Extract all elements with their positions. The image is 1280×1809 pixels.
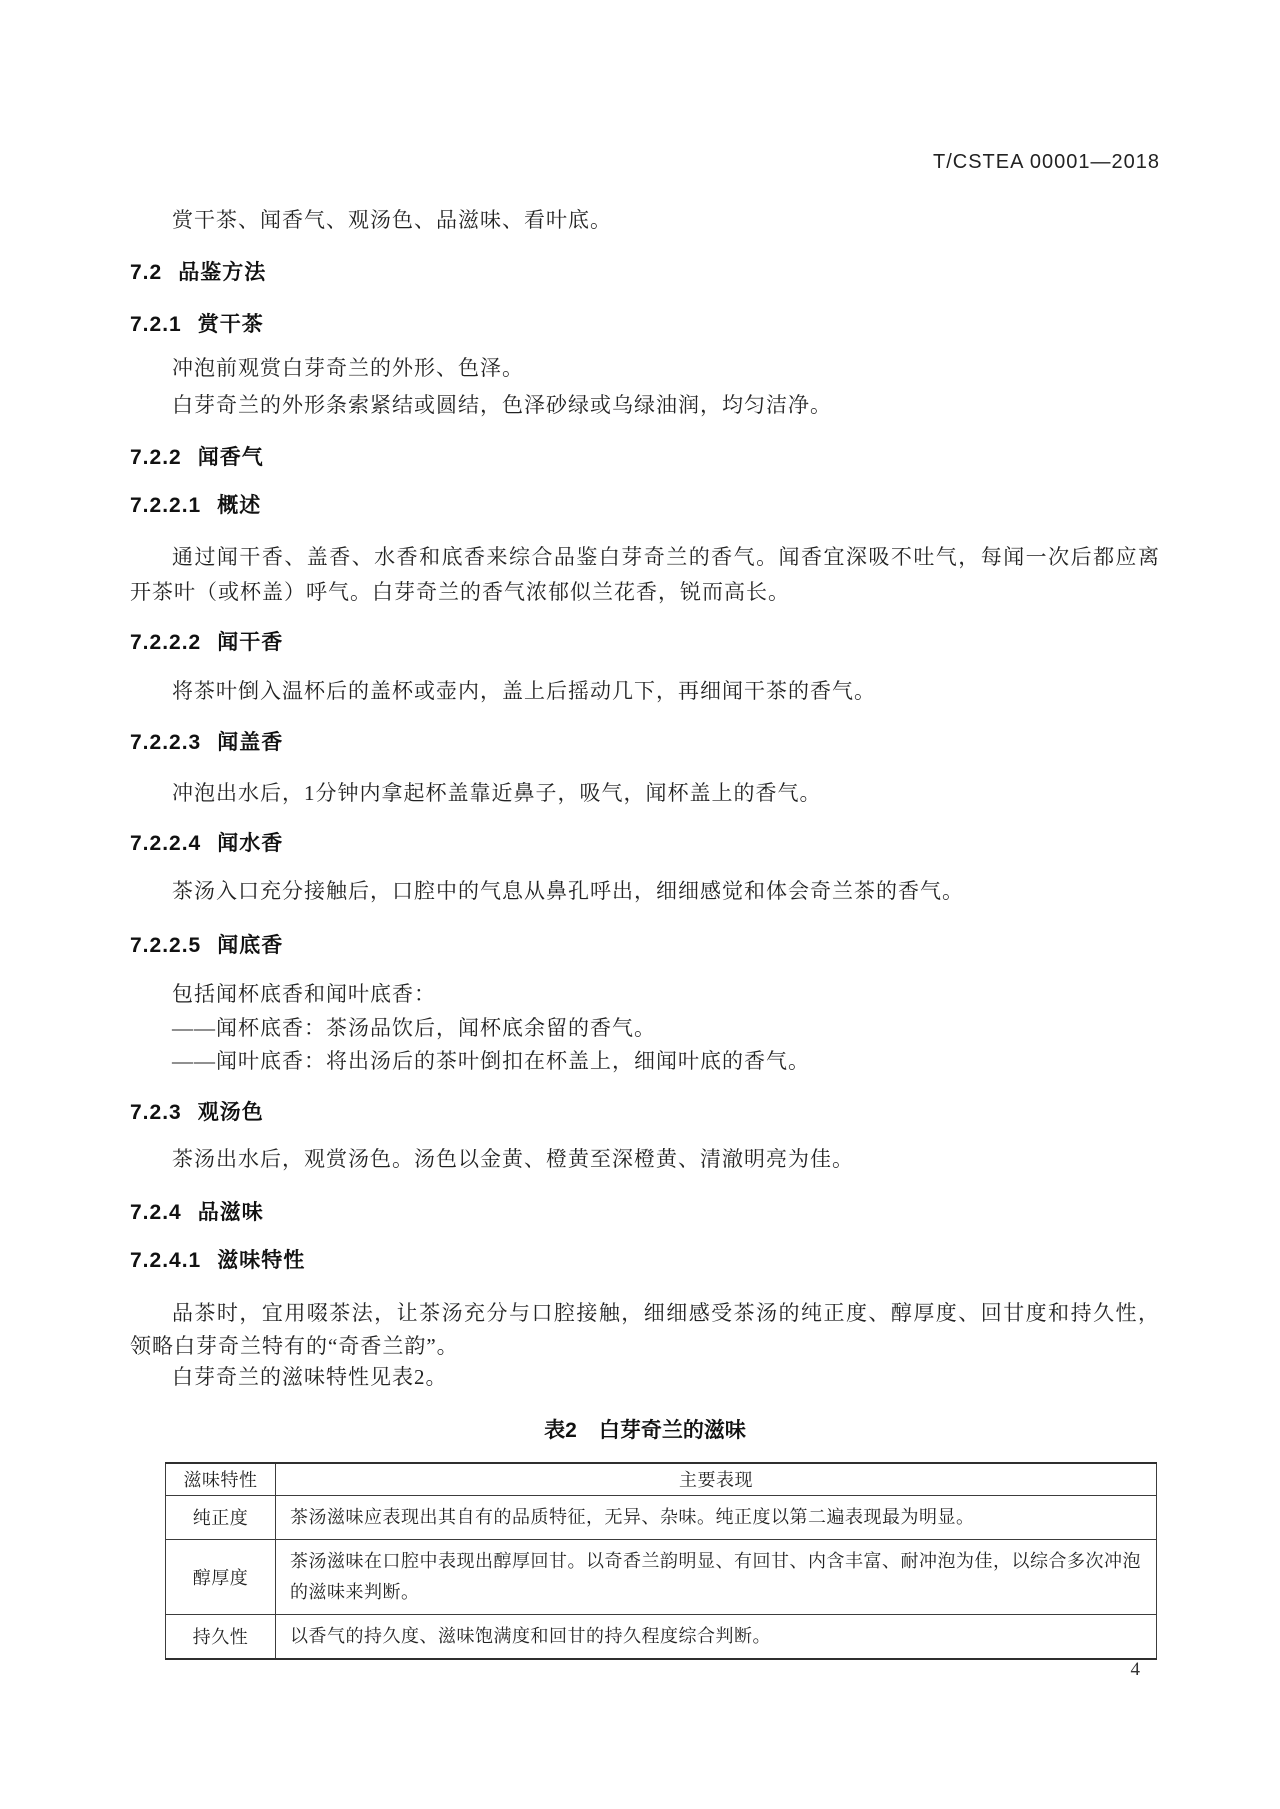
heading-title: 闻香气 — [198, 441, 264, 471]
section-heading-7-2-4: 7.2.4品滋味 — [130, 1196, 1160, 1226]
table-row: 纯正度 茶汤滋味应表现出其自有的品质特征，无异、杂味。纯正度以第二遍表现最为明显… — [166, 1495, 1157, 1539]
table-row: 醇厚度 茶汤滋味在口腔中表现出醇厚回甘。以奇香兰韵明显、有回甘、内含丰富、耐冲泡… — [166, 1539, 1157, 1614]
section-heading-7-2-2-1: 7.2.2.1概述 — [130, 489, 1160, 519]
heading-title: 闻底香 — [217, 929, 283, 959]
heading-title: 概述 — [217, 489, 261, 519]
taste-table: 滋味特性 主要表现 纯正度 茶汤滋味应表现出其自有的品质特征，无异、杂味。纯正度… — [165, 1462, 1157, 1660]
document-page: T/CSTEA 00001—2018 赏干茶、闻香气、观汤色、品滋味、看叶底。 … — [0, 0, 1280, 1809]
heading-title: 品鉴方法 — [178, 256, 266, 286]
paragraph-7-2-2-3: 冲泡出水后，1分钟内拿起杯盖靠近鼻子，吸气，闻杯盖上的香气。 — [130, 778, 1160, 808]
section-heading-7-2-4-1: 7.2.4.1滋味特性 — [130, 1244, 1160, 1274]
section-heading-7-2-2-4: 7.2.2.4闻水香 — [130, 827, 1160, 857]
dash-item-cup-bottom: ——闻杯底香：茶汤品饮后，闻杯底余留的香气。 — [130, 1013, 1160, 1043]
heading-number: 7.2.2 — [130, 446, 182, 470]
feature-cell: 持久性 — [166, 1614, 276, 1659]
heading-number: 7.2.1 — [130, 313, 182, 337]
heading-title: 品滋味 — [198, 1196, 264, 1226]
heading-number: 7.2.4.1 — [130, 1249, 201, 1273]
paragraph-7-2-1-b: 白芽奇兰的外形条索紧结或圆结，色泽砂绿或乌绿油润，均匀洁净。 — [130, 390, 1160, 420]
heading-number: 7.2.2.5 — [130, 934, 201, 958]
paragraph-7-2-2-4: 茶汤入口充分接触后，口腔中的气息从鼻孔呼出，细细感觉和体会奇兰茶的香气。 — [130, 876, 1160, 906]
section-heading-7-2-2-3: 7.2.2.3闻盖香 — [130, 726, 1160, 756]
table-row: 持久性 以香气的持久度、滋味饱满度和回甘的持久程度综合判断。 — [166, 1614, 1157, 1659]
paragraph-7-2-4-1-b: 白芽奇兰的滋味特性见表2。 — [130, 1362, 1160, 1392]
heading-number: 7.2.2.3 — [130, 731, 201, 755]
heading-number: 7.2.2.1 — [130, 494, 201, 518]
intro-paragraph: 赏干茶、闻香气、观汤色、品滋味、看叶底。 — [130, 205, 1160, 235]
heading-title: 闻干香 — [217, 626, 283, 656]
heading-number: 7.2 — [130, 261, 162, 285]
section-heading-7-2-1: 7.2.1赏干茶 — [130, 308, 1160, 338]
feature-cell: 醇厚度 — [166, 1539, 276, 1614]
paragraph-7-2-2-1: 通过闻干香、盖香、水香和底香来综合品鉴白芽奇兰的香气。闻香宜深吸不吐气，每闻一次… — [130, 540, 1160, 610]
heading-number: 7.2.4 — [130, 1201, 182, 1225]
heading-title: 赏干茶 — [198, 308, 264, 338]
description-cell: 茶汤滋味应表现出其自有的品质特征，无异、杂味。纯正度以第二遍表现最为明显。 — [276, 1495, 1157, 1539]
table-caption-label: 表2 — [544, 1419, 577, 1442]
paragraph-7-2-3: 茶汤出水后，观赏汤色。汤色以金黄、橙黄至深橙黄、清澈明亮为佳。 — [130, 1144, 1160, 1174]
page-number: 4 — [1131, 1659, 1141, 1681]
table-header-feature: 滋味特性 — [166, 1463, 276, 1495]
heading-title: 闻盖香 — [217, 726, 283, 756]
feature-cell: 纯正度 — [166, 1495, 276, 1539]
heading-number: 7.2.3 — [130, 1101, 182, 1125]
paragraph-7-2-4-1-a: 品茶时，宜用啜茶法，让茶汤充分与口腔接触，细细感受茶汤的纯正度、醇厚度、回甘度和… — [130, 1297, 1160, 1363]
heading-number: 7.2.2.2 — [130, 631, 201, 655]
section-heading-7-2-2: 7.2.2闻香气 — [130, 441, 1160, 471]
dash-item-leaf-bottom: ——闻叶底香：将出汤后的茶叶倒扣在杯盖上，细闻叶底的香气。 — [130, 1046, 1160, 1076]
section-heading-7-2: 7.2品鉴方法 — [130, 256, 1160, 286]
description-cell: 以香气的持久度、滋味饱满度和回甘的持久程度综合判断。 — [276, 1614, 1157, 1659]
section-heading-7-2-3: 7.2.3观汤色 — [130, 1096, 1160, 1126]
paragraph-7-2-1-a: 冲泡前观赏白芽奇兰的外形、色泽。 — [130, 353, 1160, 383]
table-header-row: 滋味特性 主要表现 — [166, 1463, 1157, 1495]
section-heading-7-2-2-2: 7.2.2.2闻干香 — [130, 626, 1160, 656]
paragraph-7-2-2-5: 包括闻杯底香和闻叶底香： — [130, 979, 1160, 1009]
paragraph-7-2-2-2: 将茶叶倒入温杯后的盖杯或壶内，盖上后摇动几下，再细闻干茶的香气。 — [130, 676, 1160, 706]
heading-title: 滋味特性 — [217, 1244, 305, 1274]
heading-title: 观汤色 — [198, 1096, 264, 1126]
heading-title: 闻水香 — [217, 827, 283, 857]
table-caption: 表2白芽奇兰的滋味 — [130, 1414, 1160, 1444]
table-header-description: 主要表现 — [276, 1463, 1157, 1495]
section-heading-7-2-2-5: 7.2.2.5闻底香 — [130, 929, 1160, 959]
table-caption-title: 白芽奇兰的滋味 — [599, 1419, 746, 1442]
description-cell: 茶汤滋味在口腔中表现出醇厚回甘。以奇香兰韵明显、有回甘、内含丰富、耐冲泡为佳，以… — [276, 1539, 1157, 1614]
doc-code: T/CSTEA 00001—2018 — [130, 151, 1160, 174]
heading-number: 7.2.2.4 — [130, 832, 201, 856]
